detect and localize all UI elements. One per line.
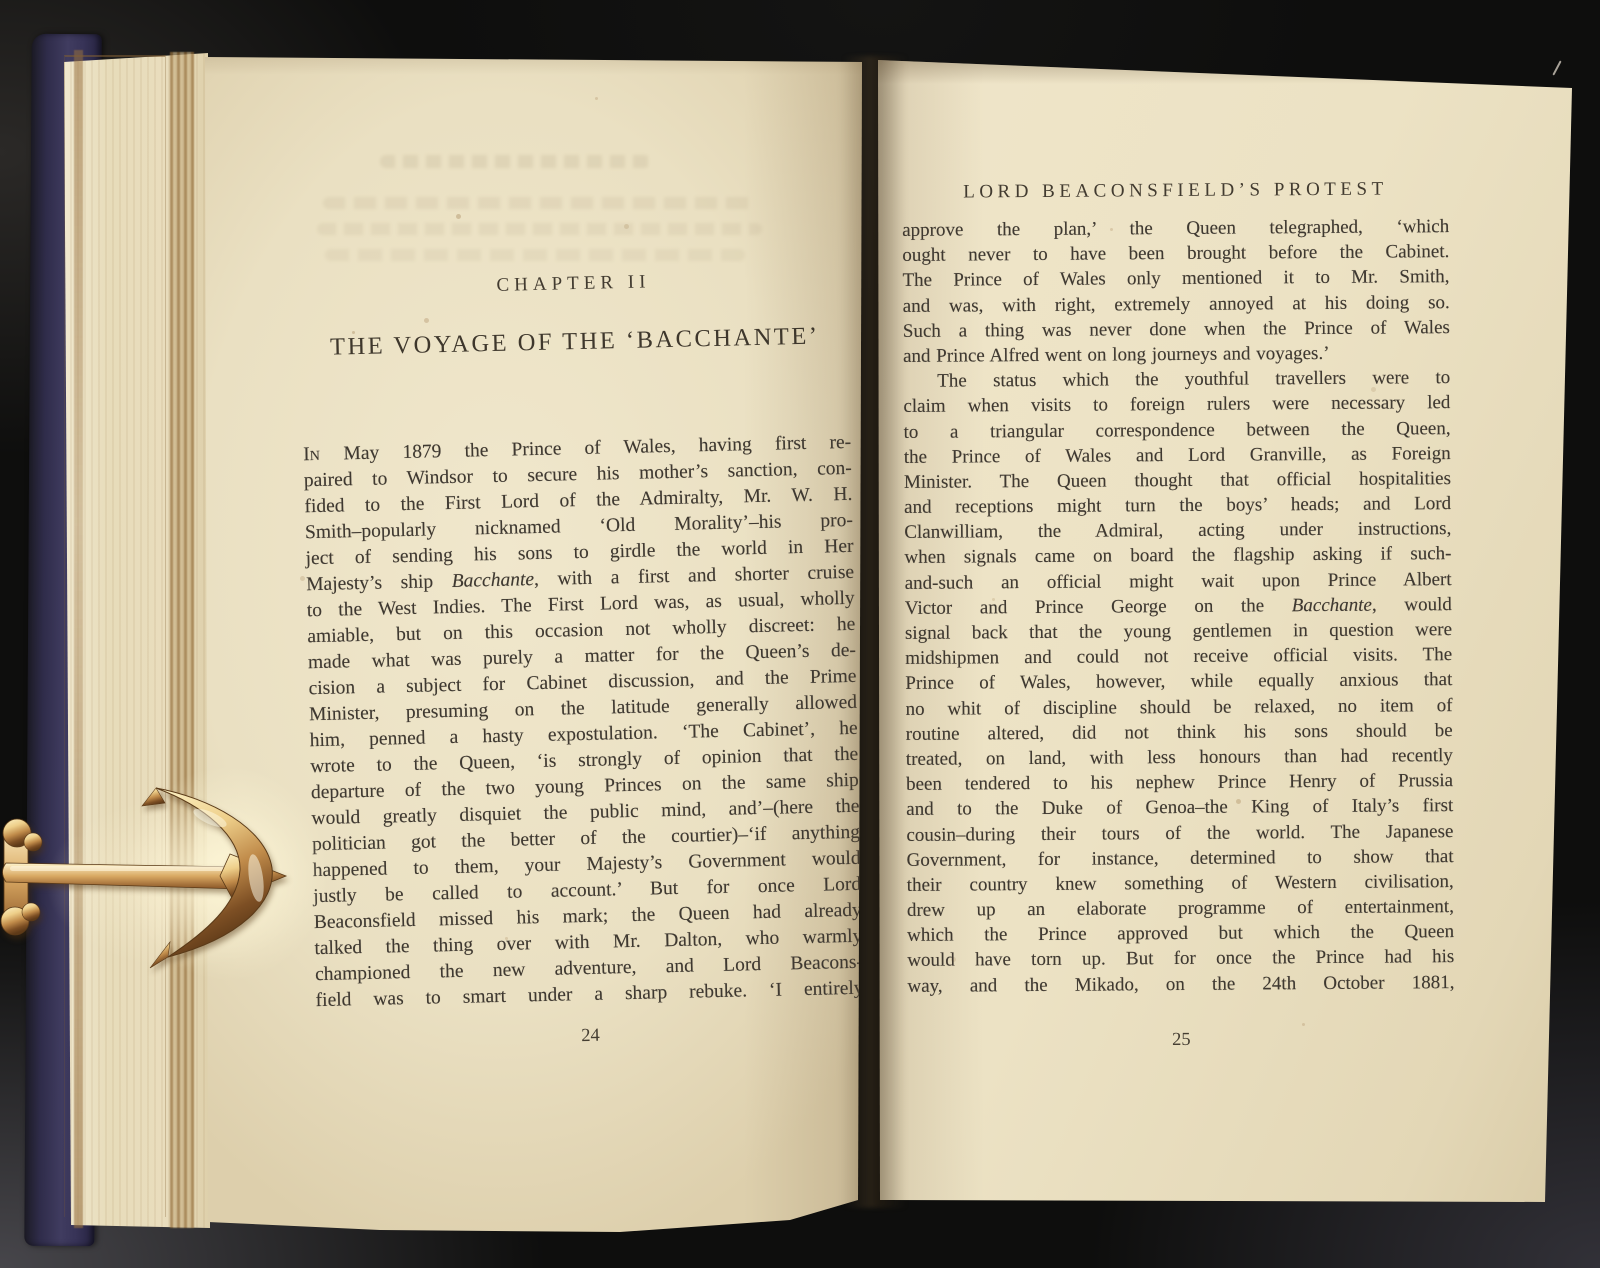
body-line: treated, on land, with less honours than…: [906, 743, 1453, 772]
body-line: cousin–during their tours of the world. …: [906, 819, 1453, 848]
body-line: would have torn up. But for once the Pri…: [907, 945, 1454, 974]
body-line: Minister. The Queen thought that officia…: [904, 466, 1451, 495]
body-line: and receptions might turn the boys’ head…: [904, 491, 1451, 520]
fiber-icon: [1552, 60, 1561, 75]
body-line: The Prince of Wales only mentioned it to…: [902, 264, 1449, 293]
body-line: and Prince Alfred went on long journeys …: [903, 340, 1450, 369]
body-line: the Prince of Wales and Lord Granville, …: [904, 441, 1451, 470]
body-line: Victor and Prince George on the Bacchant…: [905, 592, 1452, 621]
body-line: Clanwilliam, the Admiral, acting under i…: [904, 516, 1451, 545]
right-text-column: LORD BEACONSFIELD’S PROTEST approve the …: [901, 56, 1456, 1208]
body-line: been tendered to his nephew Prince Henry…: [906, 768, 1453, 797]
body-line: Prince of Wales, however, while equally …: [905, 667, 1452, 696]
right-body-text: approve the plan,’ the Queen telegraphed…: [902, 214, 1454, 999]
body-line: their country knew something of Western …: [907, 869, 1454, 898]
left-body-text: In May 1879 the Prince of Wales, having …: [303, 430, 864, 1014]
page-edge-streak: [170, 52, 194, 1228]
body-line: which the Prince approved but which the …: [907, 919, 1454, 948]
chapter-heading: CHAPTER II: [299, 267, 847, 301]
body-line: and-such an official might wait upon Pri…: [905, 567, 1452, 596]
page-number-left: 24: [316, 1020, 864, 1053]
body-line: when signals came on board the flagship …: [904, 542, 1451, 571]
body-line: approve the plan,’ the Queen telegraphed…: [902, 214, 1449, 243]
body-line: signal back that the young gentlemen in …: [905, 617, 1452, 646]
body-line: no whit of discipline should be relaxed,…: [905, 693, 1452, 722]
body-line: ought never to have been brought before …: [902, 239, 1449, 268]
running-header: LORD BEACONSFIELD’S PROTEST: [902, 178, 1449, 204]
page-number-right: 25: [908, 1028, 1455, 1053]
left-text-column: CHAPTER II THE VOYAGE OF THE ‘BACCHANTE’…: [294, 51, 869, 1239]
gutter-shadow: [843, 56, 907, 1208]
body-line: Government, for instance, determined to …: [906, 844, 1453, 873]
body-line: and to the Duke of Genoa–the King of Ita…: [906, 793, 1453, 822]
body-line: routine altered, did not think his sons …: [906, 718, 1453, 747]
body-line: to a triangular correspondence between t…: [904, 416, 1451, 445]
body-line: drew up an elaborate programme of entert…: [907, 894, 1454, 923]
foxing-spots: [205, 57, 208, 60]
anchor-clasp-icon: [0, 756, 300, 994]
left-page: CHAPTER II THE VOYAGE OF THE ‘BACCHANTE’…: [205, 57, 862, 1233]
body-line: Such a thing was never done when the Pri…: [903, 315, 1450, 344]
body-line: midshipmen and could not receive officia…: [905, 642, 1452, 671]
body-line: way, and the Mikado, on the 24th October…: [907, 970, 1454, 999]
body-line: claim when visits to foreign rulers were…: [903, 390, 1450, 419]
page-edge-outline: [64, 55, 166, 1217]
chapter-title: THE VOYAGE OF THE ‘BACCHANTE’: [301, 322, 849, 362]
photo-backdrop: CHAPTER II THE VOYAGE OF THE ‘BACCHANTE’…: [0, 0, 1600, 1268]
right-page: LORD BEACONSFIELD’S PROTEST approve the …: [872, 58, 1574, 1206]
body-line: and was, with right, extremely annoyed a…: [903, 290, 1450, 319]
body-line: The status which the youthful travellers…: [903, 365, 1450, 394]
